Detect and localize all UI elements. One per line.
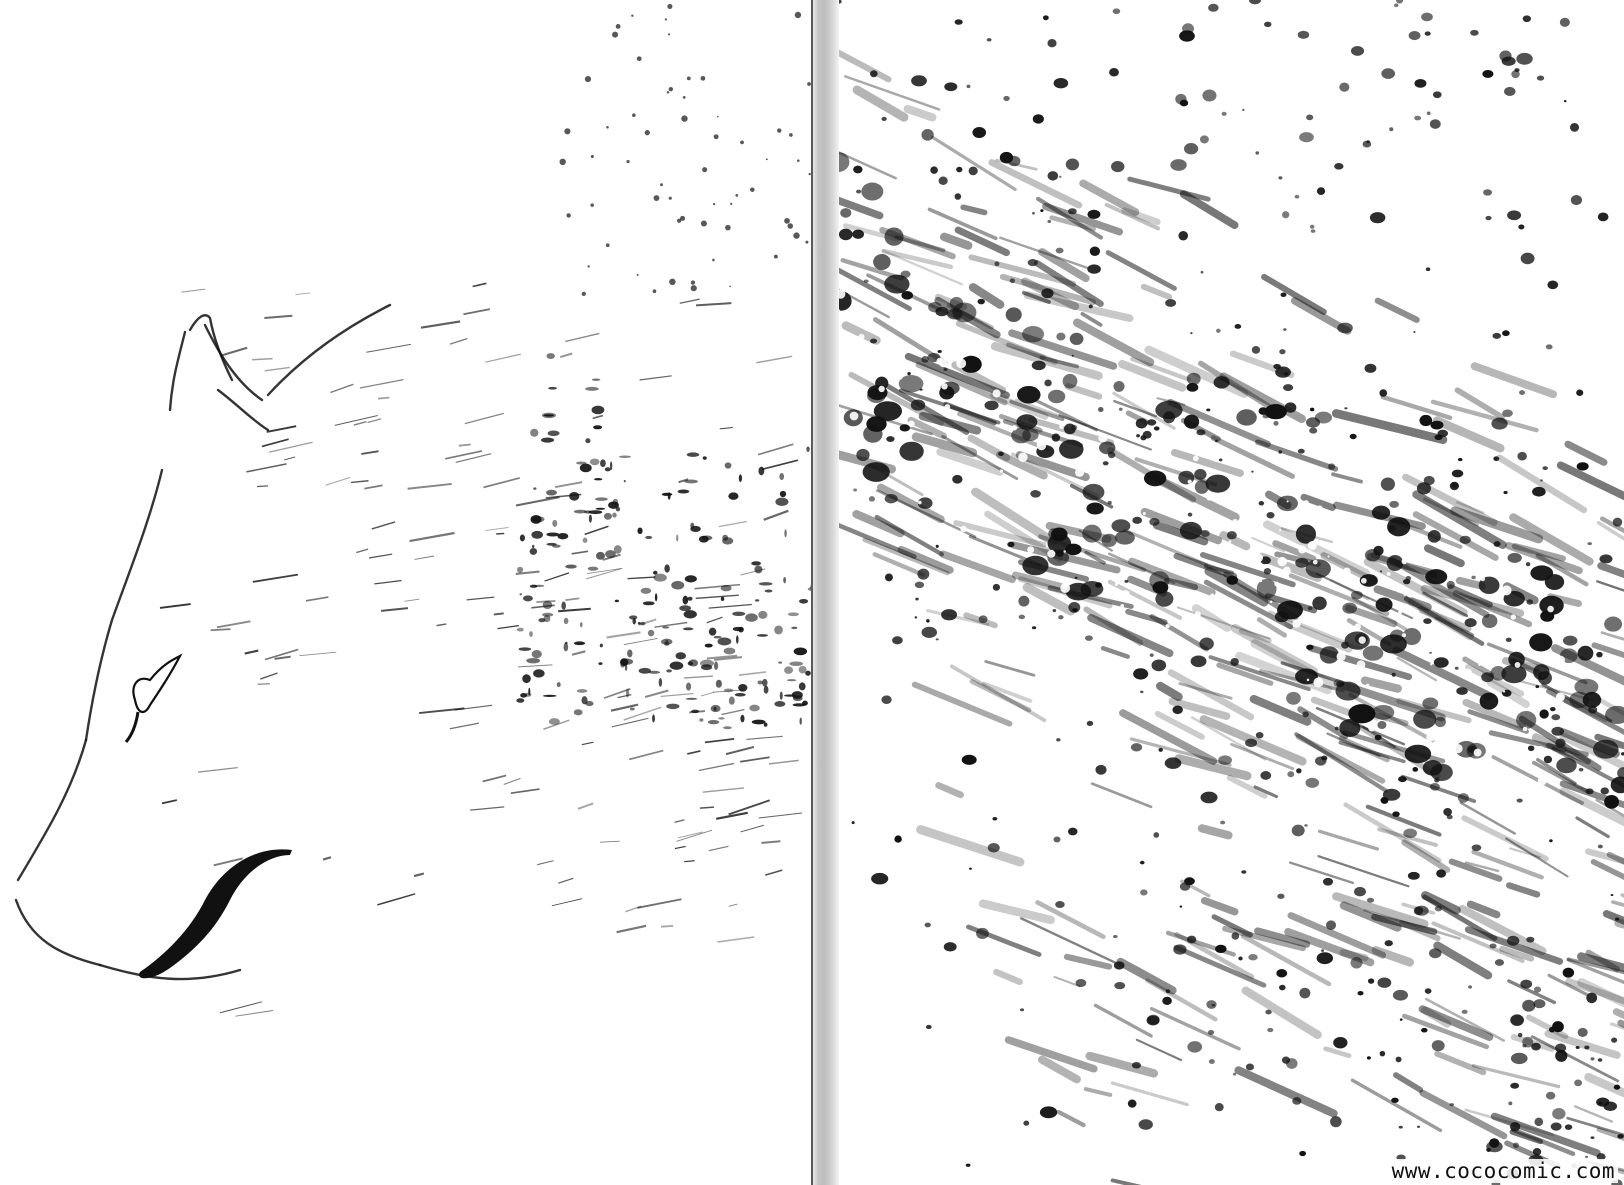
ink-splatter-illustration: [813, 0, 1624, 1185]
right-page: [813, 0, 1624, 1185]
page-gutter-shadow: [813, 0, 839, 1185]
manga-spread: www.cococomic.com: [0, 0, 1624, 1185]
left-page: [0, 0, 812, 1185]
wolf-illustration: [0, 0, 812, 1185]
watermark: www.cococomic.com: [1389, 1159, 1618, 1183]
